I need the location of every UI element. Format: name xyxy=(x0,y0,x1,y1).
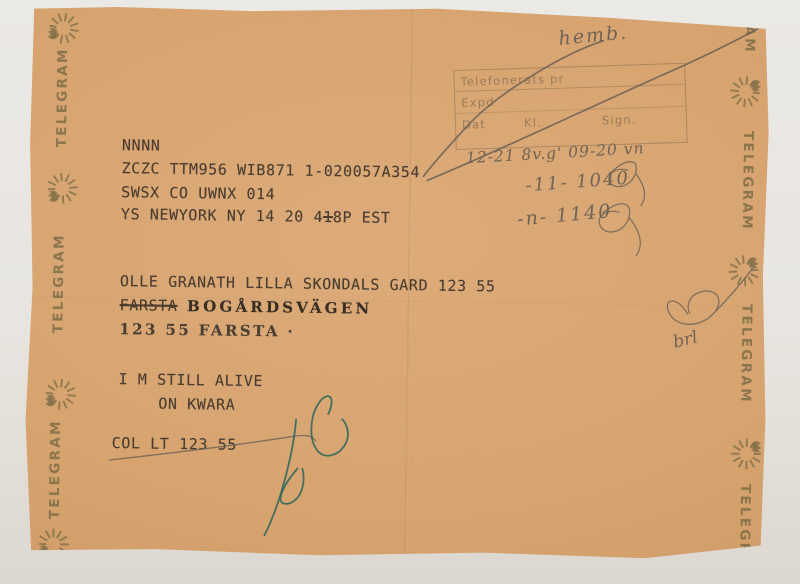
telegram-edge-stamp: TELEGRAM xyxy=(701,166,793,187)
stamp-col-kl: Kl. xyxy=(524,113,602,129)
origin-time-line: YS NEWYORK NY 14 20 418P EST xyxy=(121,205,391,227)
green-signature-descender xyxy=(264,419,296,535)
address-line-2: FARSTA BOGÅRDSVÄGEN xyxy=(120,296,373,318)
signature-line: COL LT 123 55 xyxy=(112,434,237,454)
message-line-1: I M STILL ALIVE xyxy=(118,370,263,390)
telegram-edge-label: TELEGRAM xyxy=(735,304,756,396)
handwritten-log-line-3: -n- 1140 xyxy=(516,200,613,231)
telegram-edge-stamp: TELEGRAM xyxy=(9,463,101,484)
scan-background: { "edges": { "telegram_label": "TELEGRAM… xyxy=(0,0,800,584)
address-correction: BOGÅRDSVÄGEN xyxy=(187,297,372,318)
delivery-stamp-box: Telefonerats pr Expd Dat Kl. Sign. xyxy=(453,63,687,150)
address-line-3: 123 55 FARSTA · xyxy=(119,320,295,340)
green-signature-loop-left xyxy=(280,468,303,504)
telegram-edge-stamp: TELEGRAM xyxy=(698,519,790,540)
green-signature-loop-top xyxy=(311,396,348,456)
telegram-edge-stamp: TELEGRAM xyxy=(16,91,108,112)
telegram-edge-label: TELEGRAM xyxy=(52,55,73,147)
telegram-edge-label: TELEGRAM xyxy=(48,241,69,333)
handwritten-log-line-2: -11- 1040 xyxy=(525,168,631,197)
stamp-col-sign: Sign. xyxy=(602,112,637,127)
service-line-2: ZCZC TTM956 WIB871 1-020057A354 xyxy=(121,159,420,181)
handwritten-top-note: hemb. xyxy=(558,22,629,50)
message-line-2: ON KWARA xyxy=(158,395,235,414)
telegram-edge-stamp: TELEGRAM xyxy=(700,339,792,360)
service-line-1: NNNN xyxy=(122,136,161,155)
origin-time-struck-digit: 1 xyxy=(323,208,333,226)
crown-icon xyxy=(34,525,73,564)
telegram-paper: TELEGRAM TELEGRAM TELEGRAM TELEGRAM TELE… xyxy=(22,1,772,563)
service-line-3: SWSX CO UWNX 014 xyxy=(121,183,275,203)
telegram-edge-label: TELEGRAM xyxy=(737,131,758,223)
stamp-col-dat: Dat xyxy=(462,116,524,132)
address-struck-word: FARSTA xyxy=(120,296,178,315)
crown-icon xyxy=(727,435,766,474)
telegram-edge-stamp: TELEGRAM xyxy=(704,0,796,11)
origin-time-suffix: 8P EST xyxy=(333,208,391,227)
origin-time-prefix: YS NEWYORK NY 14 20 4 xyxy=(121,205,323,226)
crown-icon xyxy=(725,252,764,291)
telegram-edge-label: TELEGRAM xyxy=(739,0,760,46)
crown-icon xyxy=(43,169,82,208)
crown-icon xyxy=(41,375,80,414)
crown-icon xyxy=(726,73,765,112)
address-line-1: OLLE GRANATH LILLA SKONDALS GARD 123 55 xyxy=(120,272,496,295)
handwritten-side-note: brl xyxy=(671,328,699,353)
telegram-edge-stamp: TELEGRAM xyxy=(13,277,105,298)
telegram-edge-label: TELEGRAM xyxy=(45,427,66,519)
crown-icon xyxy=(44,9,83,48)
telegram-edge-label: TELEGRAM xyxy=(734,484,755,576)
